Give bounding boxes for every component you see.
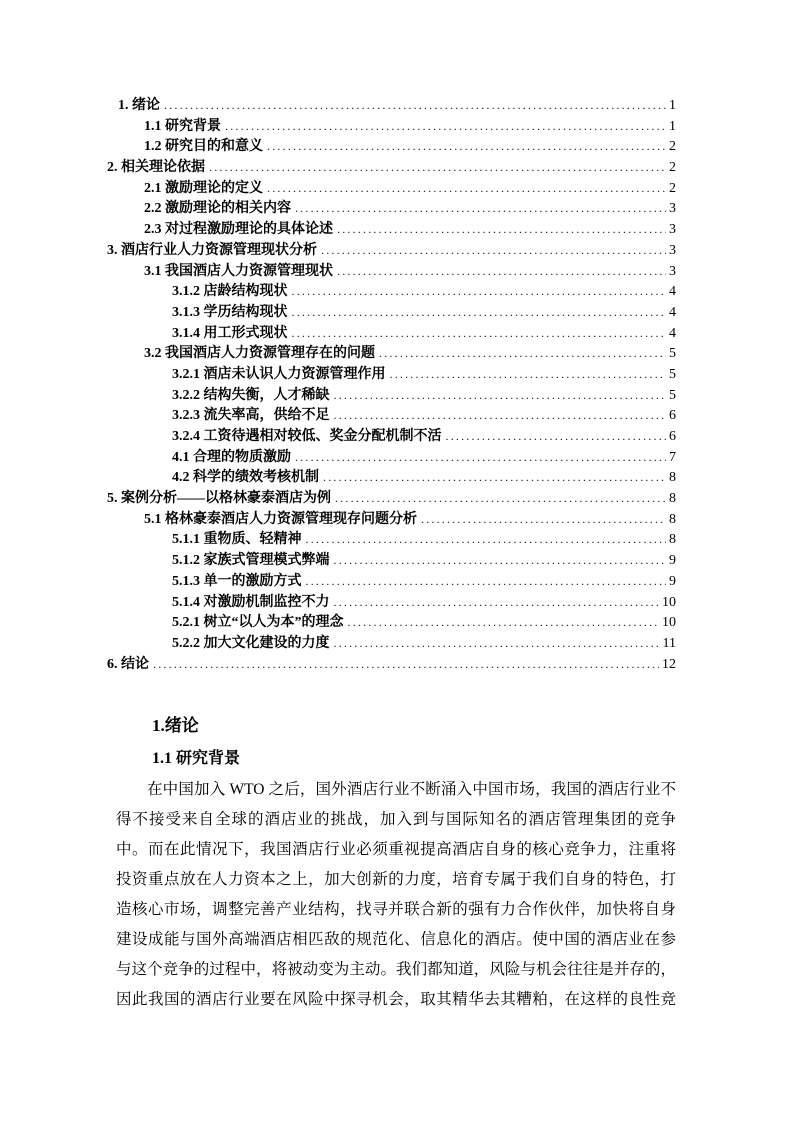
- toc-entry-label: 1.2 研究目的和意义: [107, 137, 263, 157]
- toc-entry: 5.2.2 加大文化建设的力度11: [107, 633, 676, 654]
- toc-entry-label: 6. 结论: [107, 655, 149, 675]
- toc-entry-label: 3.1.3 学历结构现状: [107, 303, 288, 323]
- toc-entry-label: 2.2 激励理论的相关内容: [107, 199, 291, 219]
- toc-page-number: 5: [669, 365, 676, 385]
- toc-page-number: 9: [669, 551, 676, 571]
- toc-entry: 1.1 研究背景1: [107, 116, 676, 137]
- toc-entry-label: 3.2.3 流失率高，供给不足: [107, 406, 330, 426]
- toc-entry-label: 5.2.2 加大文化建设的力度: [107, 634, 330, 654]
- toc-page-number: 2: [669, 179, 676, 199]
- toc-page-number: 4: [669, 324, 676, 344]
- dot-leader: [292, 323, 667, 344]
- dot-leader: [421, 509, 666, 530]
- dot-leader: [379, 343, 666, 364]
- toc-entry: 5. 案例分析——以格林豪泰酒店为例8: [107, 488, 676, 509]
- dot-leader: [295, 198, 666, 219]
- paragraph-line: 在中国加入 WTO 之后，国外酒店行业不断涌入中国市场，我国的酒店行业不: [116, 775, 676, 805]
- toc-entry: 3.2.2 结构失衡，人才稀缺5: [107, 385, 676, 406]
- toc-entry: 2.2 激励理论的相关内容3: [107, 198, 676, 219]
- toc-entry: 5.2.1 树立“以人为本”的理念10: [107, 612, 676, 633]
- dot-leader: [153, 654, 659, 675]
- paragraph-line: 造核心市场，调整完善产业结构，找寻并联合新的强有力合作伙伴，加快将自身: [116, 895, 676, 925]
- dot-leader: [390, 364, 667, 385]
- paragraph-line: 中。而在此情况下，我国酒店行业必须重视提高酒店自身的核心竞争力，注重将: [116, 835, 676, 865]
- toc-page-number: 5: [669, 344, 676, 364]
- toc-entry: 2. 相关理论依据2: [107, 157, 676, 178]
- dot-leader: [334, 550, 667, 571]
- dot-leader: [446, 426, 667, 447]
- toc-page-number: 4: [669, 282, 676, 302]
- toc-entry-label: 3.1.2 店龄结构现状: [107, 282, 288, 302]
- toc-page-number: 11: [663, 634, 676, 654]
- toc-entry-label: 5.1.4 对激励机制监控不力: [107, 593, 330, 613]
- toc-entry-label: 1.1 研究背景: [107, 117, 221, 137]
- toc-entry: 3. 酒店行业人力资源管理现状分析3: [107, 240, 676, 261]
- dot-leader: [337, 219, 666, 240]
- dot-leader: [306, 571, 667, 592]
- dot-leader: [334, 633, 660, 654]
- dot-leader: [295, 447, 666, 468]
- toc-entry-label: 5. 案例分析——以格林豪泰酒店为例: [107, 489, 331, 509]
- dot-leader: [267, 136, 666, 157]
- toc-entry-label: 5.1 格林豪泰酒店人力资源管理现存问题分析: [107, 510, 417, 530]
- toc-entry: 3.2.4 工资待遇相对较低、奖金分配机制不活6: [107, 426, 676, 447]
- toc-page-number: 6: [669, 427, 676, 447]
- dot-leader: [337, 261, 666, 282]
- toc-entry: 4.1 合理的物质激励7: [107, 447, 676, 468]
- paragraph: 在中国加入 WTO 之后，国外酒店行业不断涌入中国市场，我国的酒店行业不得不接受…: [116, 775, 676, 1015]
- toc-page-number: 5: [669, 386, 676, 406]
- toc-entry: 1.2 研究目的和意义2: [107, 136, 676, 157]
- toc-entry-label: 5.1.3 单一的激励方式: [107, 572, 302, 592]
- toc-entry-label: 2.1 激励理论的定义: [107, 179, 263, 199]
- toc-entry-label: 2. 相关理论依据: [107, 158, 205, 178]
- toc-page-number: 2: [669, 158, 676, 178]
- toc-entry: 4.2 科学的绩效考核机制8: [107, 467, 676, 488]
- toc-entry-label: 5.1.1 重物质、轻精神: [107, 530, 302, 550]
- toc-entry: 3.2 我国酒店人力资源管理存在的问题5: [107, 343, 676, 364]
- toc-entry: 3.2.3 流失率高，供给不足6: [107, 405, 676, 426]
- dot-leader: [334, 405, 667, 426]
- toc-page-number: 3: [669, 241, 676, 261]
- dot-leader: [334, 385, 667, 406]
- toc-page-number: 1: [669, 117, 676, 137]
- toc-page-number: 3: [669, 262, 676, 282]
- toc-entry: 3.2.1 酒店未认识人力资源管理作用5: [107, 364, 676, 385]
- toc-page-number: 2: [669, 137, 676, 157]
- dot-leader: [225, 116, 666, 137]
- toc-entry-label: 3.2.4 工资待遇相对较低、奖金分配机制不活: [107, 427, 442, 447]
- dot-leader: [267, 178, 666, 199]
- toc-entry: 5.1.4 对激励机制监控不力10: [107, 592, 676, 613]
- dot-leader: [164, 95, 666, 116]
- dot-leader: [335, 488, 666, 509]
- toc-page-number: 8: [669, 530, 676, 550]
- toc-entry: 5.1.2 家族式管理模式弊端9: [107, 550, 676, 571]
- toc-entry: 3.1.3 学历结构现状4: [107, 302, 676, 323]
- paragraph-line: 得不接受来自全球的酒店业的挑战，加入到与国际知名的酒店管理集团的竞争: [116, 805, 676, 835]
- dot-leader: [292, 302, 667, 323]
- toc-page-number: 8: [669, 510, 676, 530]
- toc-page-number: 8: [669, 489, 676, 509]
- toc-entry-label: 2.3 对过程激励理论的具体论述: [107, 220, 333, 240]
- toc-entry-label: 3.2.1 酒店未认识人力资源管理作用: [107, 365, 386, 385]
- subsection-heading: 1.1 研究背景: [116, 746, 676, 771]
- toc-entry-label: 5.1.2 家族式管理模式弊端: [107, 551, 330, 571]
- toc-entry-label: 3.2.2 结构失衡，人才稀缺: [107, 386, 330, 406]
- toc-page-number: 10: [662, 593, 676, 613]
- dot-leader: [292, 281, 667, 302]
- dot-leader: [334, 592, 660, 613]
- toc-entry-label: 4.1 合理的物质激励: [107, 448, 291, 468]
- toc-entry: 5.1.1 重物质、轻精神8: [107, 529, 676, 550]
- toc-page-number: 3: [669, 199, 676, 219]
- toc-page-number: 4: [669, 303, 676, 323]
- dot-leader: [321, 240, 666, 261]
- toc-entry-label: 3.1.4 用工形式现状: [107, 324, 288, 344]
- document-page: 1. 绪论11.1 研究背景11.2 研究目的和意义22. 相关理论依据22.1…: [0, 0, 793, 1122]
- toc-entry: 3.1.2 店龄结构现状4: [107, 281, 676, 302]
- paragraph-line: 建设成能与国外高端酒店相匹敌的规范化、信息化的酒店。使中国的酒店业在参: [116, 925, 676, 955]
- toc-entry-label: 4.2 科学的绩效考核机制: [107, 468, 319, 488]
- toc-entry: 3.1.4 用工形式现状4: [107, 323, 676, 344]
- paragraph-line: 因此我国的酒店行业要在风险中探寻机会，取其精华去其糟粕，在这样的良性竞: [116, 985, 676, 1015]
- toc-page-number: 3: [669, 220, 676, 240]
- toc-entry-label: 3.1 我国酒店人力资源管理现状: [107, 262, 333, 282]
- dot-leader: [348, 612, 660, 633]
- dot-leader: [306, 529, 667, 550]
- chapter-section: 1.绪论 1.1 研究背景 在中国加入 WTO 之后，国外酒店行业不断涌入中国市…: [116, 713, 676, 1015]
- toc-page-number: 8: [669, 468, 676, 488]
- toc-page-number: 9: [669, 572, 676, 592]
- toc-page-number: 7: [669, 448, 676, 468]
- toc-entry: 6. 结论12: [107, 654, 676, 675]
- toc-entry: 3.1 我国酒店人力资源管理现状3: [107, 261, 676, 282]
- toc-entry: 1. 绪论1: [107, 95, 676, 116]
- dot-leader: [323, 467, 666, 488]
- toc-entry: 5.1 格林豪泰酒店人力资源管理现存问题分析8: [107, 509, 676, 530]
- toc-page-number: 10: [662, 613, 676, 633]
- toc-page-number: 12: [662, 655, 676, 675]
- toc-entry-label: 1. 绪论: [107, 96, 160, 116]
- paragraph-line: 投资重点放在人力资本之上，加大创新的力度，培育专属于我们自身的特色，打: [116, 865, 676, 895]
- paragraph-line: 与这个竞争的过程中，将被动变为主动。我们都知道，风险与机会往往是并存的，: [116, 955, 676, 985]
- toc-entry: 2.3 对过程激励理论的具体论述3: [107, 219, 676, 240]
- toc-entry-label: 5.2.1 树立“以人为本”的理念: [107, 613, 344, 633]
- toc-page-number: 1: [669, 96, 676, 116]
- toc-entry: 2.1 激励理论的定义2: [107, 178, 676, 199]
- toc-entry-label: 3.2 我国酒店人力资源管理存在的问题: [107, 344, 375, 364]
- toc-entry: 5.1.3 单一的激励方式9: [107, 571, 676, 592]
- table-of-contents: 1. 绪论11.1 研究背景11.2 研究目的和意义22. 相关理论依据22.1…: [107, 95, 676, 674]
- toc-page-number: 6: [669, 406, 676, 426]
- dot-leader: [209, 157, 666, 178]
- toc-entry-label: 3. 酒店行业人力资源管理现状分析: [107, 241, 317, 261]
- chapter-heading: 1.绪论: [116, 713, 676, 738]
